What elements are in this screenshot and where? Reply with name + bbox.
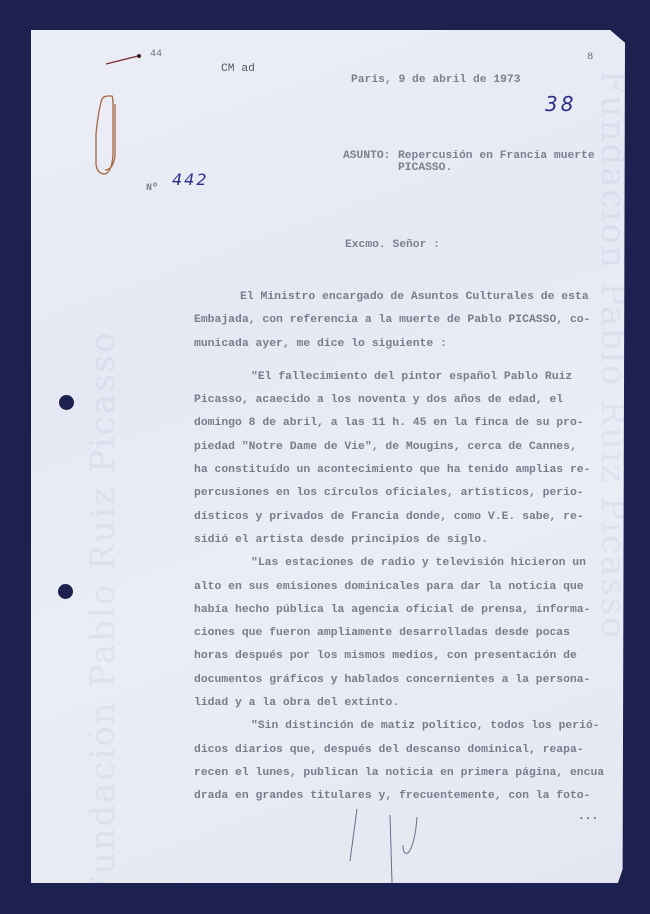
handwritten-number: 442 xyxy=(172,170,209,189)
letter-body: El Ministro encargado de Asuntos Cultura… xyxy=(218,286,618,809)
place-and-date: París, 9 de abril de 1973 xyxy=(351,73,520,87)
body-line: había hecho pública la agencia oficial d… xyxy=(194,599,618,622)
corner-number: 44 xyxy=(150,48,162,62)
body-line: documentos gráficos y hablados concernie… xyxy=(194,669,618,692)
body-line: dísticos y privados de Francia donde, co… xyxy=(194,506,618,529)
body-line: municada ayer, me dice lo siguiente : xyxy=(194,333,618,356)
body-line: El Ministro encargado de Asuntos Cultura… xyxy=(218,286,618,309)
reference-code: CM ad xyxy=(221,62,255,76)
salutation: Excmo. Señor : xyxy=(345,238,440,252)
subject-label: ASUNTO: xyxy=(343,149,390,163)
body-line: piedad "Notre Dame de Vie", de Mougins, … xyxy=(194,436,618,459)
body-line: alto en sus emisiones dominicales para d… xyxy=(194,576,618,599)
body-line: domingo 8 de abril, a las 11 h. 45 en la… xyxy=(194,412,618,435)
body-line: ha constituído un acontecimiento que ha … xyxy=(194,459,618,482)
body-line: "El fallecimiento del pintor español Pab… xyxy=(218,366,618,389)
punch-hole-bottom xyxy=(58,584,73,599)
body-line: recen el lunes, publican la noticia en p… xyxy=(194,762,618,785)
body-line: Picasso, acaecido a los noventa y dos añ… xyxy=(194,389,618,412)
body-line: ciones que fueron ampliamente desarrolla… xyxy=(194,622,618,645)
body-line xyxy=(218,356,618,366)
body-line: lidad y a la obra del extinto. xyxy=(194,692,618,715)
continuation-marker: ... xyxy=(578,810,598,824)
number-label: Nº xyxy=(146,182,158,196)
pencil-arrow-icon xyxy=(104,52,144,68)
handwritten-page-number: 38 xyxy=(545,92,576,116)
body-line: dicos diarios que, después del descanso … xyxy=(194,739,618,762)
body-line: sidió el artista desde principios de sig… xyxy=(194,529,618,552)
typed-page-number: 8 xyxy=(587,50,593,64)
handwritten-initials-icon xyxy=(345,805,445,885)
watermark-left: Fundación Pablo Ruiz Picasso xyxy=(83,330,123,900)
body-line: "Las estaciones de radio y televisión hi… xyxy=(218,552,618,575)
body-line: percusiones en los círculos oficiales, a… xyxy=(194,482,618,505)
body-line: Embajada, con referencia a la muerte de … xyxy=(194,309,618,332)
body-line: horas después por los mismos medios, con… xyxy=(194,645,618,668)
paperclip-icon xyxy=(93,94,123,180)
punch-hole-top xyxy=(59,395,74,410)
subject-line-2: PICASSO. xyxy=(398,161,452,175)
body-line: "Sin distinción de matiz político, todos… xyxy=(218,715,618,738)
